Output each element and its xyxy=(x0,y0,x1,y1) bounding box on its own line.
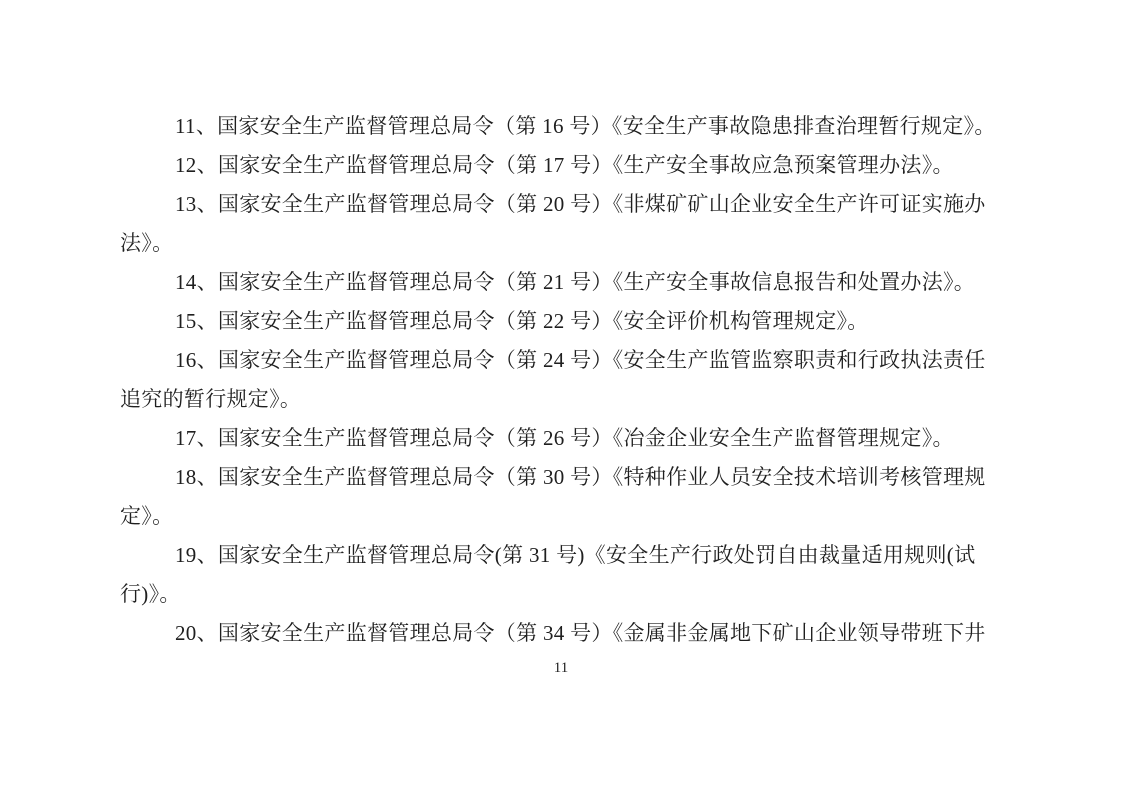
paragraph: 12、国家安全生产监督管理总局令（第 17 号）《生产安全事故应急预案管理办法》… xyxy=(120,146,980,185)
text-line: 行)》。 xyxy=(120,575,980,614)
text-line: 13、国家安全生产监督管理总局令（第 20 号）《非煤矿矿山企业安全生产许可证实… xyxy=(120,185,980,224)
text-line: 14、国家安全生产监督管理总局令（第 21 号）《生产安全事故信息报告和处置办法… xyxy=(120,263,980,302)
page-content: 11、国家安全生产监督管理总局令（第 16 号）《安全生产事故隐患排查治理暂行规… xyxy=(120,107,980,653)
paragraph: 16、国家安全生产监督管理总局令（第 24 号）《安全生产监管监察职责和行政执法… xyxy=(120,341,980,419)
text-line: 19、国家安全生产监督管理总局令(第 31 号)《安全生产行政处罚自由裁量适用规… xyxy=(120,536,980,575)
text-line: 17、国家安全生产监督管理总局令（第 26 号）《冶金企业安全生产监督管理规定》… xyxy=(120,419,980,458)
paragraph: 19、国家安全生产监督管理总局令(第 31 号)《安全生产行政处罚自由裁量适用规… xyxy=(120,536,980,614)
text-line: 18、国家安全生产监督管理总局令（第 30 号）《特种作业人员安全技术培训考核管… xyxy=(120,458,980,497)
text-line: 11、国家安全生产监督管理总局令（第 16 号）《安全生产事故隐患排查治理暂行规… xyxy=(120,107,980,146)
paragraph: 14、国家安全生产监督管理总局令（第 21 号）《生产安全事故信息报告和处置办法… xyxy=(120,263,980,302)
text-line: 定》。 xyxy=(120,497,980,536)
paragraph: 11、国家安全生产监督管理总局令（第 16 号）《安全生产事故隐患排查治理暂行规… xyxy=(120,107,980,146)
page-number: 11 xyxy=(0,658,1122,678)
paragraph: 17、国家安全生产监督管理总局令（第 26 号）《冶金企业安全生产监督管理规定》… xyxy=(120,419,980,458)
paragraph: 15、国家安全生产监督管理总局令（第 22 号）《安全评价机构管理规定》。 xyxy=(120,302,980,341)
text-line: 法》。 xyxy=(120,224,980,263)
paragraph: 20、国家安全生产监督管理总局令（第 34 号）《金属非金属地下矿山企业领导带班… xyxy=(120,614,980,653)
paragraph: 18、国家安全生产监督管理总局令（第 30 号）《特种作业人员安全技术培训考核管… xyxy=(120,458,980,536)
text-line: 16、国家安全生产监督管理总局令（第 24 号）《安全生产监管监察职责和行政执法… xyxy=(120,341,980,380)
text-line: 12、国家安全生产监督管理总局令（第 17 号）《生产安全事故应急预案管理办法》… xyxy=(120,146,980,185)
text-line: 15、国家安全生产监督管理总局令（第 22 号）《安全评价机构管理规定》。 xyxy=(120,302,980,341)
paragraph: 13、国家安全生产监督管理总局令（第 20 号）《非煤矿矿山企业安全生产许可证实… xyxy=(120,185,980,263)
text-line: 20、国家安全生产监督管理总局令（第 34 号）《金属非金属地下矿山企业领导带班… xyxy=(120,614,980,653)
document-page: 11、国家安全生产监督管理总局令（第 16 号）《安全生产事故隐患排查治理暂行规… xyxy=(0,0,1122,793)
text-line: 追究的暂行规定》。 xyxy=(120,380,980,419)
